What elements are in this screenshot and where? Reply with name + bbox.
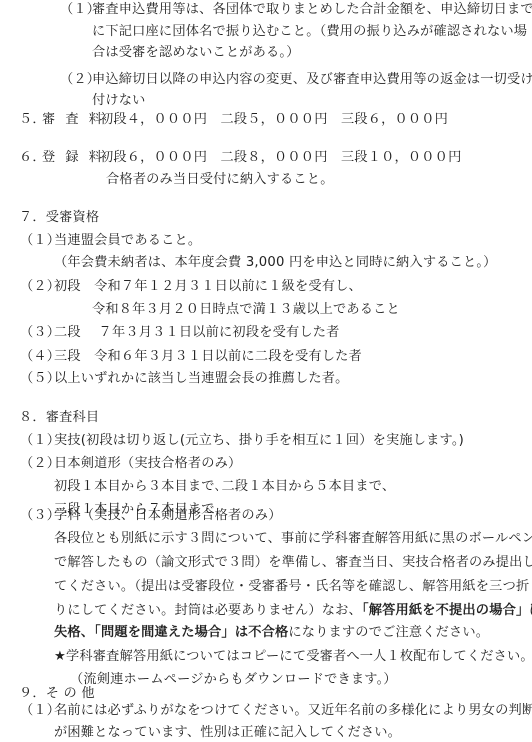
- s7-item5-text: 以上いずれかに該当し当連盟会長の推薦した者。: [54, 370, 349, 388]
- s8-item3-line5: 失格、「問題を間違えた場合」は不合格になりますのでご注意ください。: [54, 624, 489, 642]
- s5-fees: 初段４，０００円 二段５，０００円 三段６，０００円: [100, 111, 448, 129]
- s4-item1-line3: 合は受審を認めないことがある。）: [92, 44, 300, 62]
- s8-item3-line4-bold: 「解答用紙を不提出の場合」は: [362, 603, 532, 618]
- s8-item3-line2: で解答したもの（論文形式で３問）を準備し、審査当日、実技合格者のみ提出し: [54, 554, 532, 572]
- s4-item2-line1: 申込締切日以降の申込内容の変更、及び審査申込費用等の返金は一切受け: [92, 71, 532, 89]
- s8-item3-text: 学科（実技、日本剣道形合格者のみ）: [54, 507, 282, 525]
- s9-item1-line1: 名前には必ずふりがなをつけてください。又近年名前の多様化により男女の判断: [54, 702, 532, 720]
- s7-item4-text: 三段 令和６年３月３１日以前に二段を受有した者: [54, 348, 362, 366]
- s9-item1-line2: が困難となっています、性別は正確に記入してください。: [54, 724, 401, 742]
- s8-star-sub: （流剣連ホームページからもダウンロードできます。）: [70, 671, 397, 689]
- s8-item2-text: 日本剣道形（実技合格者のみ）: [54, 455, 241, 473]
- s8-item2-line1: 初段１本目から３本目まで､二段１本目から５本目まで、: [54, 478, 395, 496]
- s4-item1-line2: に下記口座に団体名で振り込むこと。（費用の振り込みが確認されない場: [92, 23, 527, 41]
- s8-star-note: ★学科審査解答用紙についてはコピーにて受審者へ一人１枚配布してください。: [54, 648, 532, 666]
- s7-heading: ７．受審資格: [19, 209, 99, 227]
- s7-item1-note: （年会費未納者は、本年度会費 3,000 円を申込と同時に納入すること。）: [54, 254, 497, 272]
- s9-heading: ９．そ の 他: [19, 685, 95, 703]
- s7-item2-sub: 令和８年３月２０日時点で満１３歳以上であること: [92, 301, 400, 319]
- s8-item3-line3: てください。（提出は受審段位・受審番号・氏名等を確認し、解答用紙を三つ折: [54, 578, 529, 596]
- s6-title: 登 録 料: [42, 149, 105, 167]
- s8-item3-line5-bold: 失格、「問題を間違えた場合」は不合格: [54, 625, 288, 640]
- s8-item1-text: 実技(初段は切り返し(元立ち、掛り手を相互に１回）を実施します。): [54, 432, 464, 450]
- s4-item2-line2: 付けない: [92, 92, 146, 110]
- s8-item3-line4: りにしてください。封筒は必要ありません）なお、「解答用紙を不提出の場合」は: [54, 602, 532, 620]
- s4-item1-line1: 審査申込費用等は、各団体で取りまとめした合計金額を、申込締切日まで: [92, 1, 532, 19]
- s7-item2-text: 初段 令和７年１２月３１日以前に１級を受有し、: [54, 278, 362, 296]
- s8-item3-line5-normal: になりますのでご注意ください。: [288, 625, 489, 640]
- s7-item1-text: 当連盟会員であること。: [54, 232, 201, 250]
- s8-item3-line4-normal: りにしてください。封筒は必要ありません）なお、: [54, 603, 362, 618]
- s5-title: 審 査 料: [42, 111, 105, 129]
- s7-item3-text: 二段 ７年３月３１日以前に初段を受有した者: [54, 324, 340, 342]
- s6-fees: 初段６，０００円 二段８，０００円 三段１０，０００円: [100, 149, 461, 167]
- s6-note: 合格者のみ当日受付に納入すること。: [106, 171, 334, 189]
- s8-item3-line1: 各段位とも別紙に示す３問について、事前に学科審査解答用紙に黒のボールペン: [54, 530, 532, 548]
- s8-heading: ８．審査科目: [19, 409, 99, 427]
